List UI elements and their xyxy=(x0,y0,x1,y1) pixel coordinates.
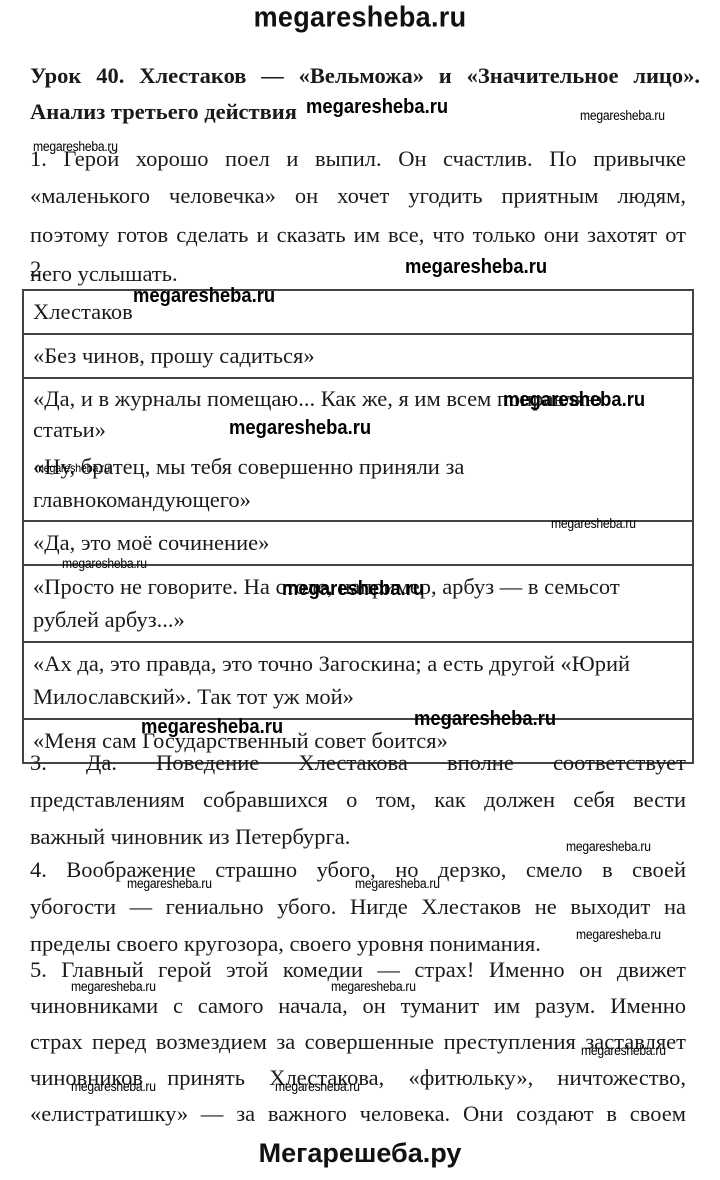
site-header: megaresheba.ru xyxy=(0,1,720,34)
watermark: megaresheba.ru xyxy=(503,389,645,412)
answer-1-line: поэтому готов сделать и сказать им все, … xyxy=(30,218,686,251)
table-row: «Ах да, это правда, это точно Загоскина;… xyxy=(23,642,693,719)
watermark: megaresheba.ru xyxy=(405,256,547,279)
watermark: megaresheba.ru xyxy=(580,108,665,123)
answer-1-line: 1. Герой хорошо поел и выпил. Он счастли… xyxy=(30,142,686,175)
watermark: megaresheba.ru xyxy=(551,516,636,531)
watermark: megaresheba.ru xyxy=(576,927,661,942)
table-cell: Хлестаков xyxy=(23,290,693,334)
watermark: megaresheba.ru xyxy=(275,1079,360,1094)
watermark: megaresheba.ru xyxy=(306,96,448,119)
table-cell: «Ах да, это правда, это точно Загоскина;… xyxy=(23,642,693,719)
answer-3-line: представлениям собравшихся о том, как до… xyxy=(30,781,686,818)
answer-5-line: «елистратишку» — за важного человека. Он… xyxy=(30,1096,686,1132)
answer-2-label: 2. xyxy=(30,252,686,285)
watermark: megaresheba.ru xyxy=(141,716,283,739)
table-cell: «Просто не говорите. На столе, например,… xyxy=(23,565,693,642)
watermark: megaresheba.ru xyxy=(229,417,371,440)
lesson-title-line1: Урок 40. Хлестаков — «Вельможа» и «Значи… xyxy=(30,58,700,94)
answer-1-line: «маленького человечка» он хочет угодить … xyxy=(30,179,686,212)
table-row: «Без чинов, прошу садиться» xyxy=(23,334,693,378)
watermark: megaresheba.ru xyxy=(71,1079,156,1094)
watermark: megaresheba.ru xyxy=(133,285,275,308)
watermark: megaresheba.ru xyxy=(566,839,651,854)
watermark: megaresheba.ru xyxy=(127,876,212,891)
answer-4-line: убогости — гениально убого. Нигде Хлеста… xyxy=(30,888,686,925)
answer-3-line: 3. Да. Поведение Хлестакова вполне соотв… xyxy=(30,744,686,781)
watermark: megaresheba.ru xyxy=(355,876,440,891)
watermark: megaresheba.ru xyxy=(35,461,110,475)
answer-4: 4. Воображение страшно убого, но дерзко,… xyxy=(30,851,686,962)
watermark: megaresheba.ru xyxy=(71,979,156,994)
watermark: megaresheba.ru xyxy=(581,1043,666,1058)
table-row: «Просто не говорите. На столе, например,… xyxy=(23,565,693,642)
watermark: megaresheba.ru xyxy=(414,708,556,731)
table-cell: «Без чинов, прошу садиться» xyxy=(23,334,693,378)
site-footer: Мегарешеба.ру xyxy=(0,1138,720,1169)
watermark: megaresheba.ru xyxy=(33,139,118,154)
table-row: Хлестаков xyxy=(23,290,693,334)
watermark: megaresheba.ru xyxy=(282,578,424,601)
watermark: megaresheba.ru xyxy=(331,979,416,994)
watermark: megaresheba.ru xyxy=(62,556,147,571)
